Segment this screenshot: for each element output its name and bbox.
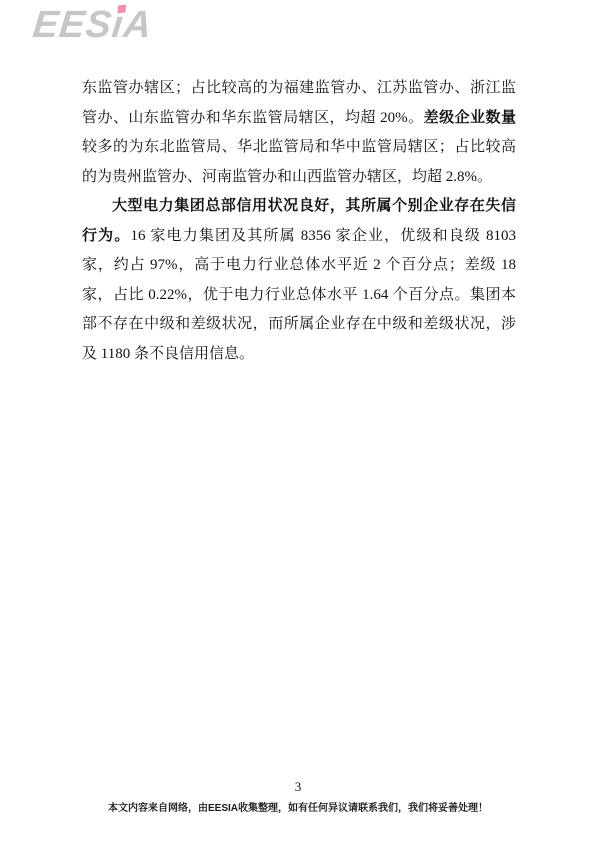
logo-text-ees: EES <box>31 4 114 46</box>
text-line: 大型电力集团总部信用状况良好，其所属个别企业存在失信 <box>82 192 516 222</box>
page-number: 3 <box>0 779 596 795</box>
text-line: 家，约占 97%，高于电力行业总体水平近 2 个百分点；差级 18 <box>82 251 516 281</box>
text-line: 较多的为东北监管局、华北监管局和华中监管局辖区；占比较高 <box>82 133 516 163</box>
eesia-logo: EESıA <box>31 4 155 47</box>
text-segment: 家，占比 0.22%，优于电力行业总体水平 1.64 个百分点。集团本 <box>82 287 516 303</box>
text-line: 行为。16 家电力集团及其所属 8356 家企业，优级和良级 8103 <box>82 222 516 252</box>
text-segment: 大型电力集团总部信用状况良好，其所属个别企业存在失信 <box>112 198 516 214</box>
text-segment: 及 1180 条不良信用信息。 <box>82 346 254 362</box>
body-text: 东监管办辖区；占比较高的为福建监管办、江苏监管办、浙江监管办、山东监管办和华东监… <box>82 74 516 369</box>
document-page: EESıA 东监管办辖区；占比较高的为福建监管办、江苏监管办、浙江监管办、山东监… <box>0 0 596 842</box>
text-line: 管办、山东监管办和华东监管局辖区，均超 20%。差级企业数量 <box>82 104 516 134</box>
footer-disclaimer: 本文内容来自网络，由EESIA收集整理，如有任何异议请联系我们，我们将妥善处理！ <box>0 799 596 814</box>
text-segment: 家，约占 97%，高于电力行业总体水平近 2 个百分点；差级 18 <box>82 257 516 273</box>
text-segment: 较多的为东北监管局、华北监管局和华中监管局辖区；占比较高 <box>82 139 516 155</box>
text-line: 及 1180 条不良信用信息。 <box>82 340 516 370</box>
text-segment: 的为贵州监管办、河南监管办和山西监管办辖区，均超 2.8%。 <box>82 169 492 185</box>
text-line: 东监管办辖区；占比较高的为福建监管办、江苏监管办、浙江监 <box>82 74 516 104</box>
logo-i-dot-icon <box>118 4 126 13</box>
text-line: 家，占比 0.22%，优于电力行业总体水平 1.64 个百分点。集团本 <box>82 281 516 311</box>
text-segment: 东监管办辖区；占比较高的为福建监管办、江苏监管办、浙江监 <box>82 80 516 96</box>
text-line: 部不存在中级和差级状况，而所属企业存在中级和差级状况，涉 <box>82 310 516 340</box>
text-segment: 管办、山东监管办和华东监管局辖区，均超 20%。 <box>82 110 424 126</box>
text-segment: 行为。 <box>82 228 130 244</box>
logo-text-a: A <box>121 4 154 46</box>
text-line: 的为贵州监管办、河南监管办和山西监管办辖区，均超 2.8%。 <box>82 163 516 193</box>
text-segment: 16 家电力集团及其所属 8356 家企业，优级和良级 8103 <box>130 228 516 244</box>
text-segment: 差级企业数量 <box>424 110 516 126</box>
text-segment: 部不存在中级和差级状况，而所属企业存在中级和差级状况，涉 <box>82 316 516 332</box>
